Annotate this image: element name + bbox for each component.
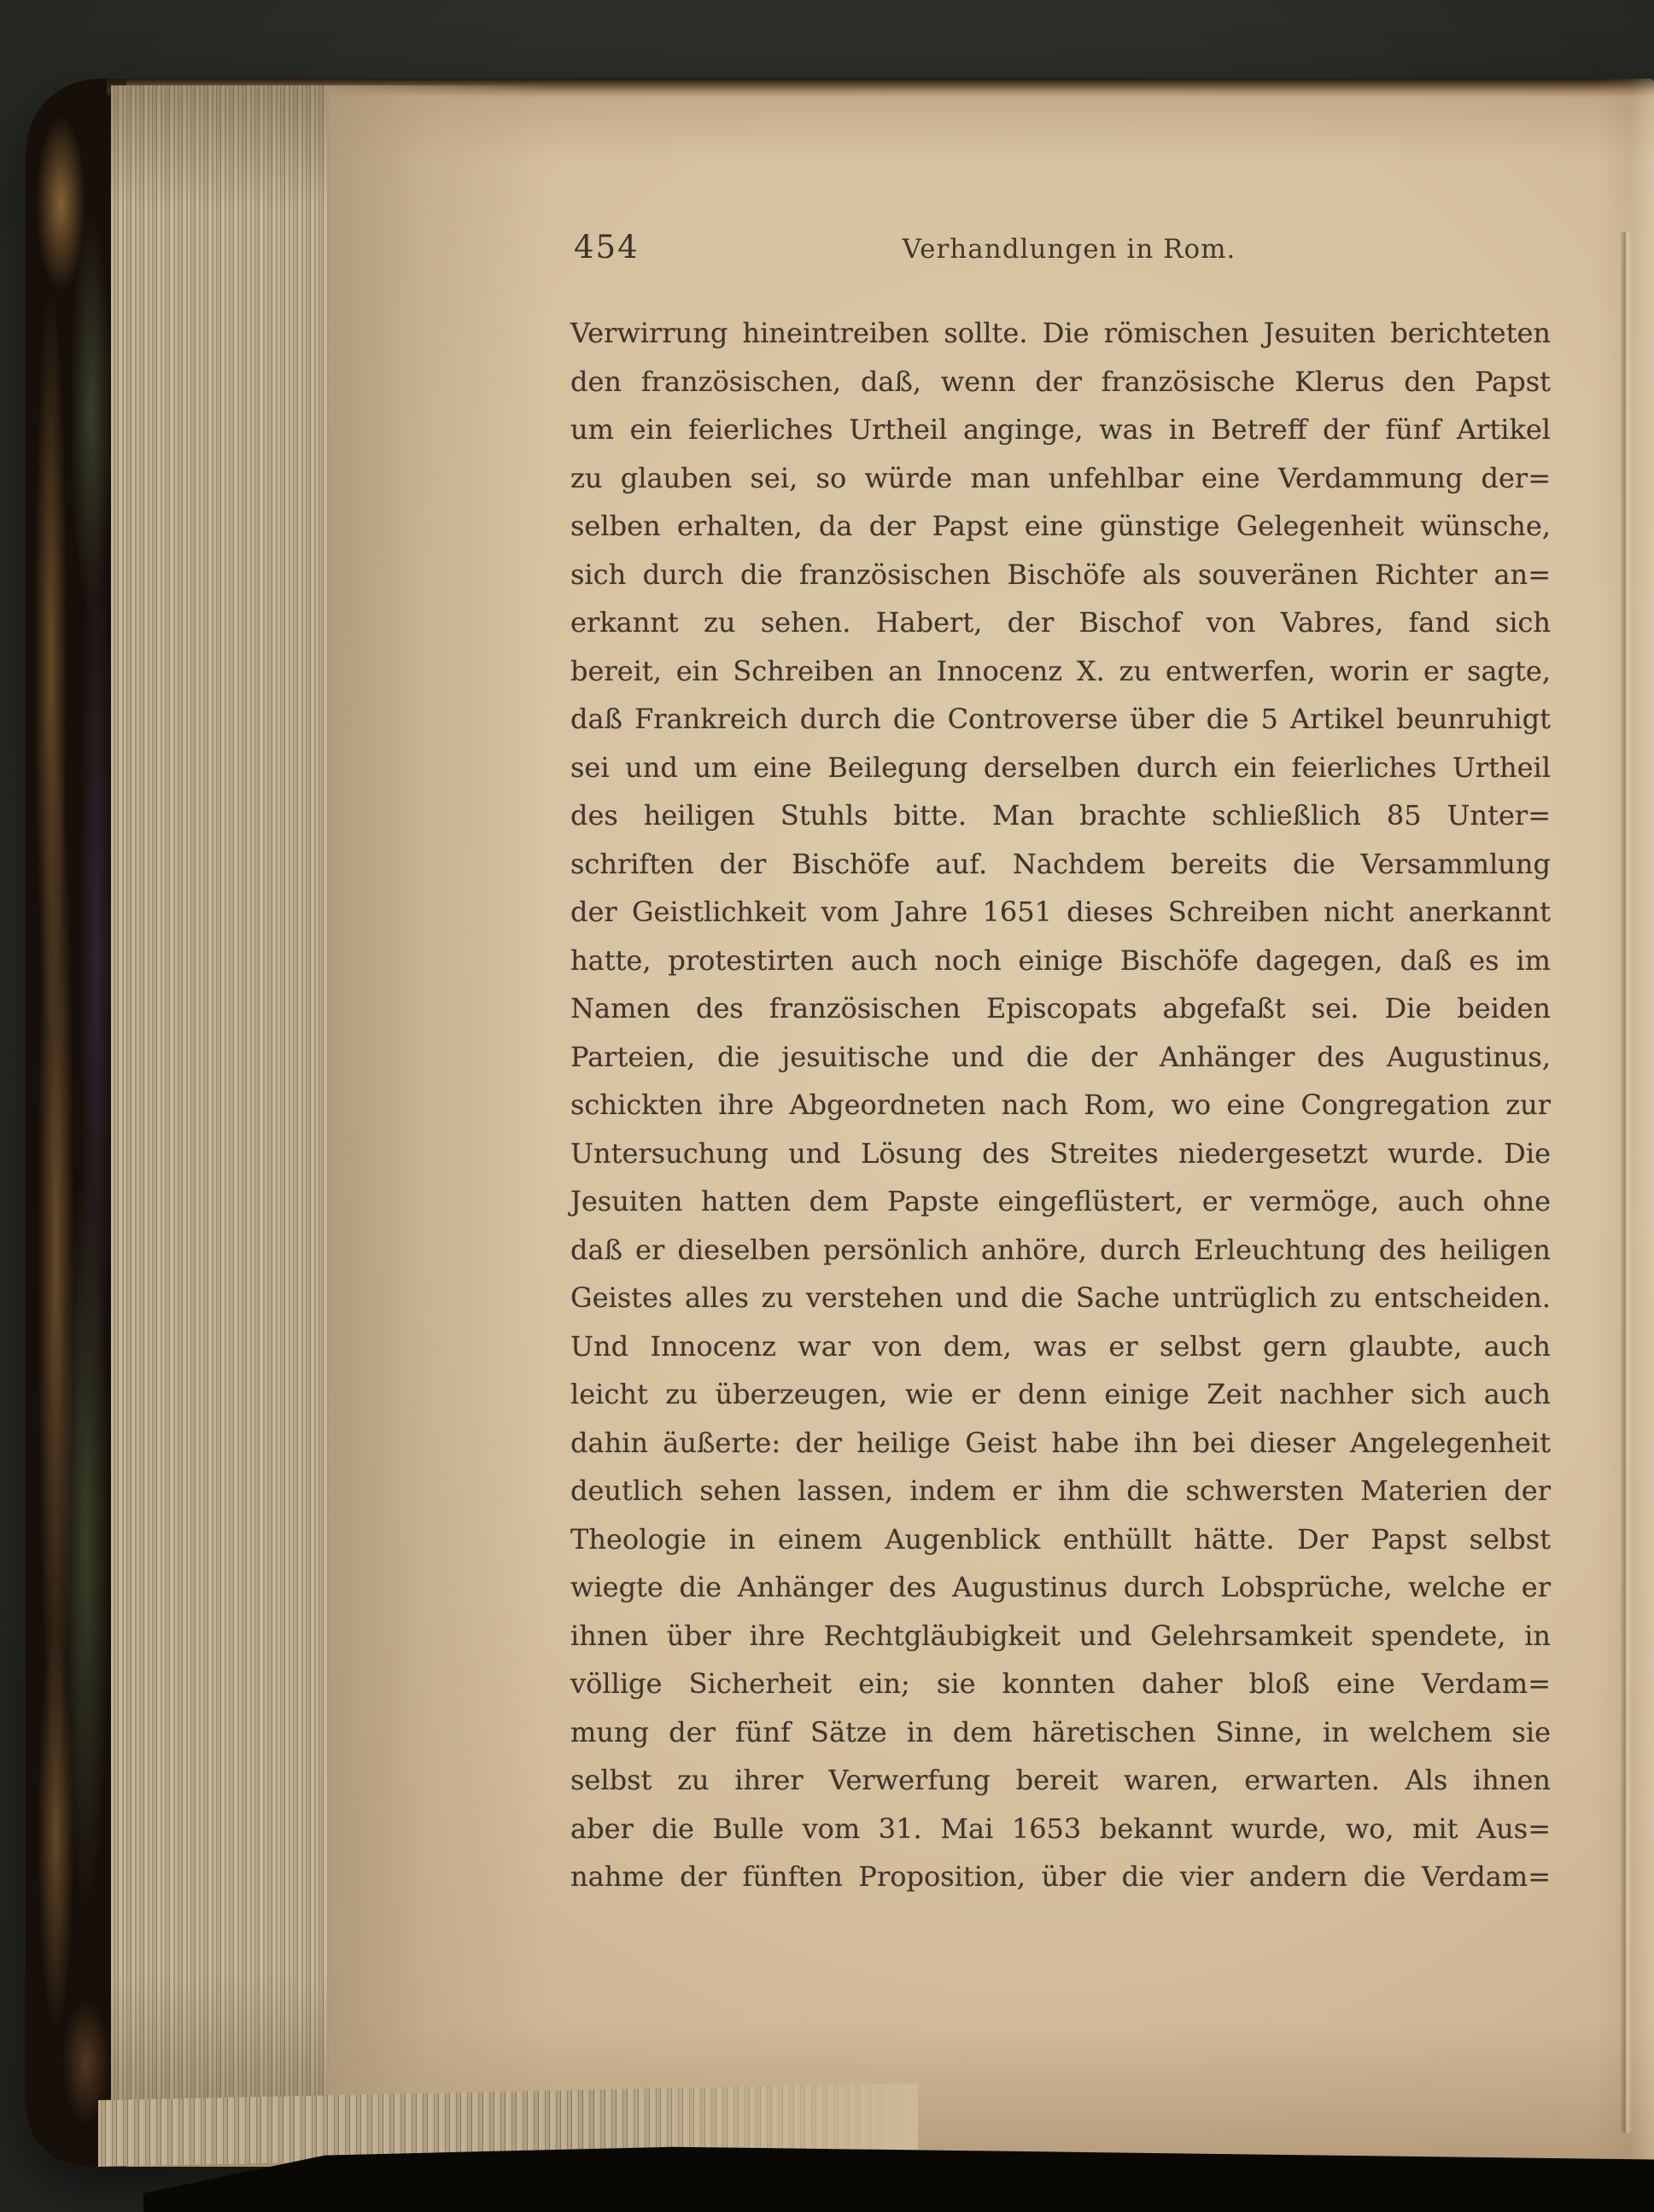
text-line: Jesuiten hatten dem Papste eingeflüstert… [570, 1177, 1551, 1226]
text-line: dahin äußerte: der heilige Geist habe ih… [570, 1419, 1551, 1468]
text-line: völlige Sicherheit ein; sie konnten dahe… [570, 1660, 1551, 1708]
text-line: Theologie in einem Augenblick enthüllt h… [570, 1515, 1551, 1564]
text-line: selbst zu ihrer Verwerfung bereit waren,… [570, 1756, 1551, 1805]
text-line: nahme der fünften Proposition, über die … [570, 1853, 1551, 1901]
text-line: deutlich sehen lassen, indem er ihm die … [570, 1467, 1551, 1515]
text-line: bereit, ein Schreiben an Innocenz X. zu … [570, 647, 1551, 696]
text-line: schriften der Bischöfe auf. Nachdem bere… [570, 840, 1551, 889]
text-line: sich durch die französischen Bischöfe al… [570, 551, 1551, 599]
text-line: Und Innocenz war von dem, was er selbst … [570, 1322, 1551, 1371]
text-line: erkannt zu sehen. Habert, der Bischof vo… [570, 598, 1551, 647]
text-line: um ein feierliches Urtheil anginge, was … [570, 406, 1551, 454]
text-line: aber die Bulle vom 31. Mai 1653 bekannt … [570, 1805, 1551, 1853]
book: 454 Verhandlungen in Rom. Verwirrung hin… [26, 79, 1654, 2167]
running-header: Verhandlungen in Rom. [572, 234, 1551, 265]
text-line: Untersuchung und Lösung des Streites nie… [570, 1129, 1551, 1178]
text-line: Geistes alles zu verstehen und die Sache… [570, 1274, 1551, 1322]
page-crease [1620, 232, 1632, 2133]
text-line: der Geistlichkeit vom Jahre 1651 dieses … [570, 888, 1551, 937]
text-line: selben erhalten, da der Papst eine günst… [570, 502, 1551, 551]
text-line: des heiligen Stuhls bitte. Man brachte s… [570, 791, 1551, 840]
text-line: zu glauben sei, so würde man unfehlbar e… [570, 454, 1551, 503]
text-line: mung der fünf Sätze in dem häretischen S… [570, 1708, 1551, 1757]
text-line: ihnen über ihre Rechtgläubigkeit und Gel… [570, 1612, 1551, 1660]
page-body-text: Verwirrung hineintreiben sollte. Die röm… [570, 309, 1551, 1901]
text-line: daß Frankreich durch die Controverse übe… [570, 695, 1551, 744]
book-scan-photo: 454 Verhandlungen in Rom. Verwirrung hin… [0, 0, 1654, 2212]
text-line: hatte, protestirten auch noch einige Bis… [570, 937, 1551, 985]
page-curvature-shading [327, 85, 549, 2139]
text-line: Namen des französischen Episcopats abgef… [570, 984, 1551, 1033]
text-line: Parteien, die jesuitische und die der An… [570, 1033, 1551, 1082]
text-line: leicht zu überzeugen, wie er denn einige… [570, 1370, 1551, 1419]
text-line: sei und um eine Beilegung derselben durc… [570, 744, 1551, 792]
text-line: wiegte die Anhänger des Augustinus durch… [570, 1563, 1551, 1612]
text-line: Verwirrung hineintreiben sollte. Die röm… [570, 309, 1551, 358]
page-stack-fore-edge [111, 85, 329, 2139]
text-line: schickten ihre Abgeordneten nach Rom, wo… [570, 1081, 1551, 1129]
text-line: daß er dieselben persönlich anhöre, durc… [570, 1226, 1551, 1275]
text-line: den französischen, daß, wenn der französ… [570, 358, 1551, 406]
